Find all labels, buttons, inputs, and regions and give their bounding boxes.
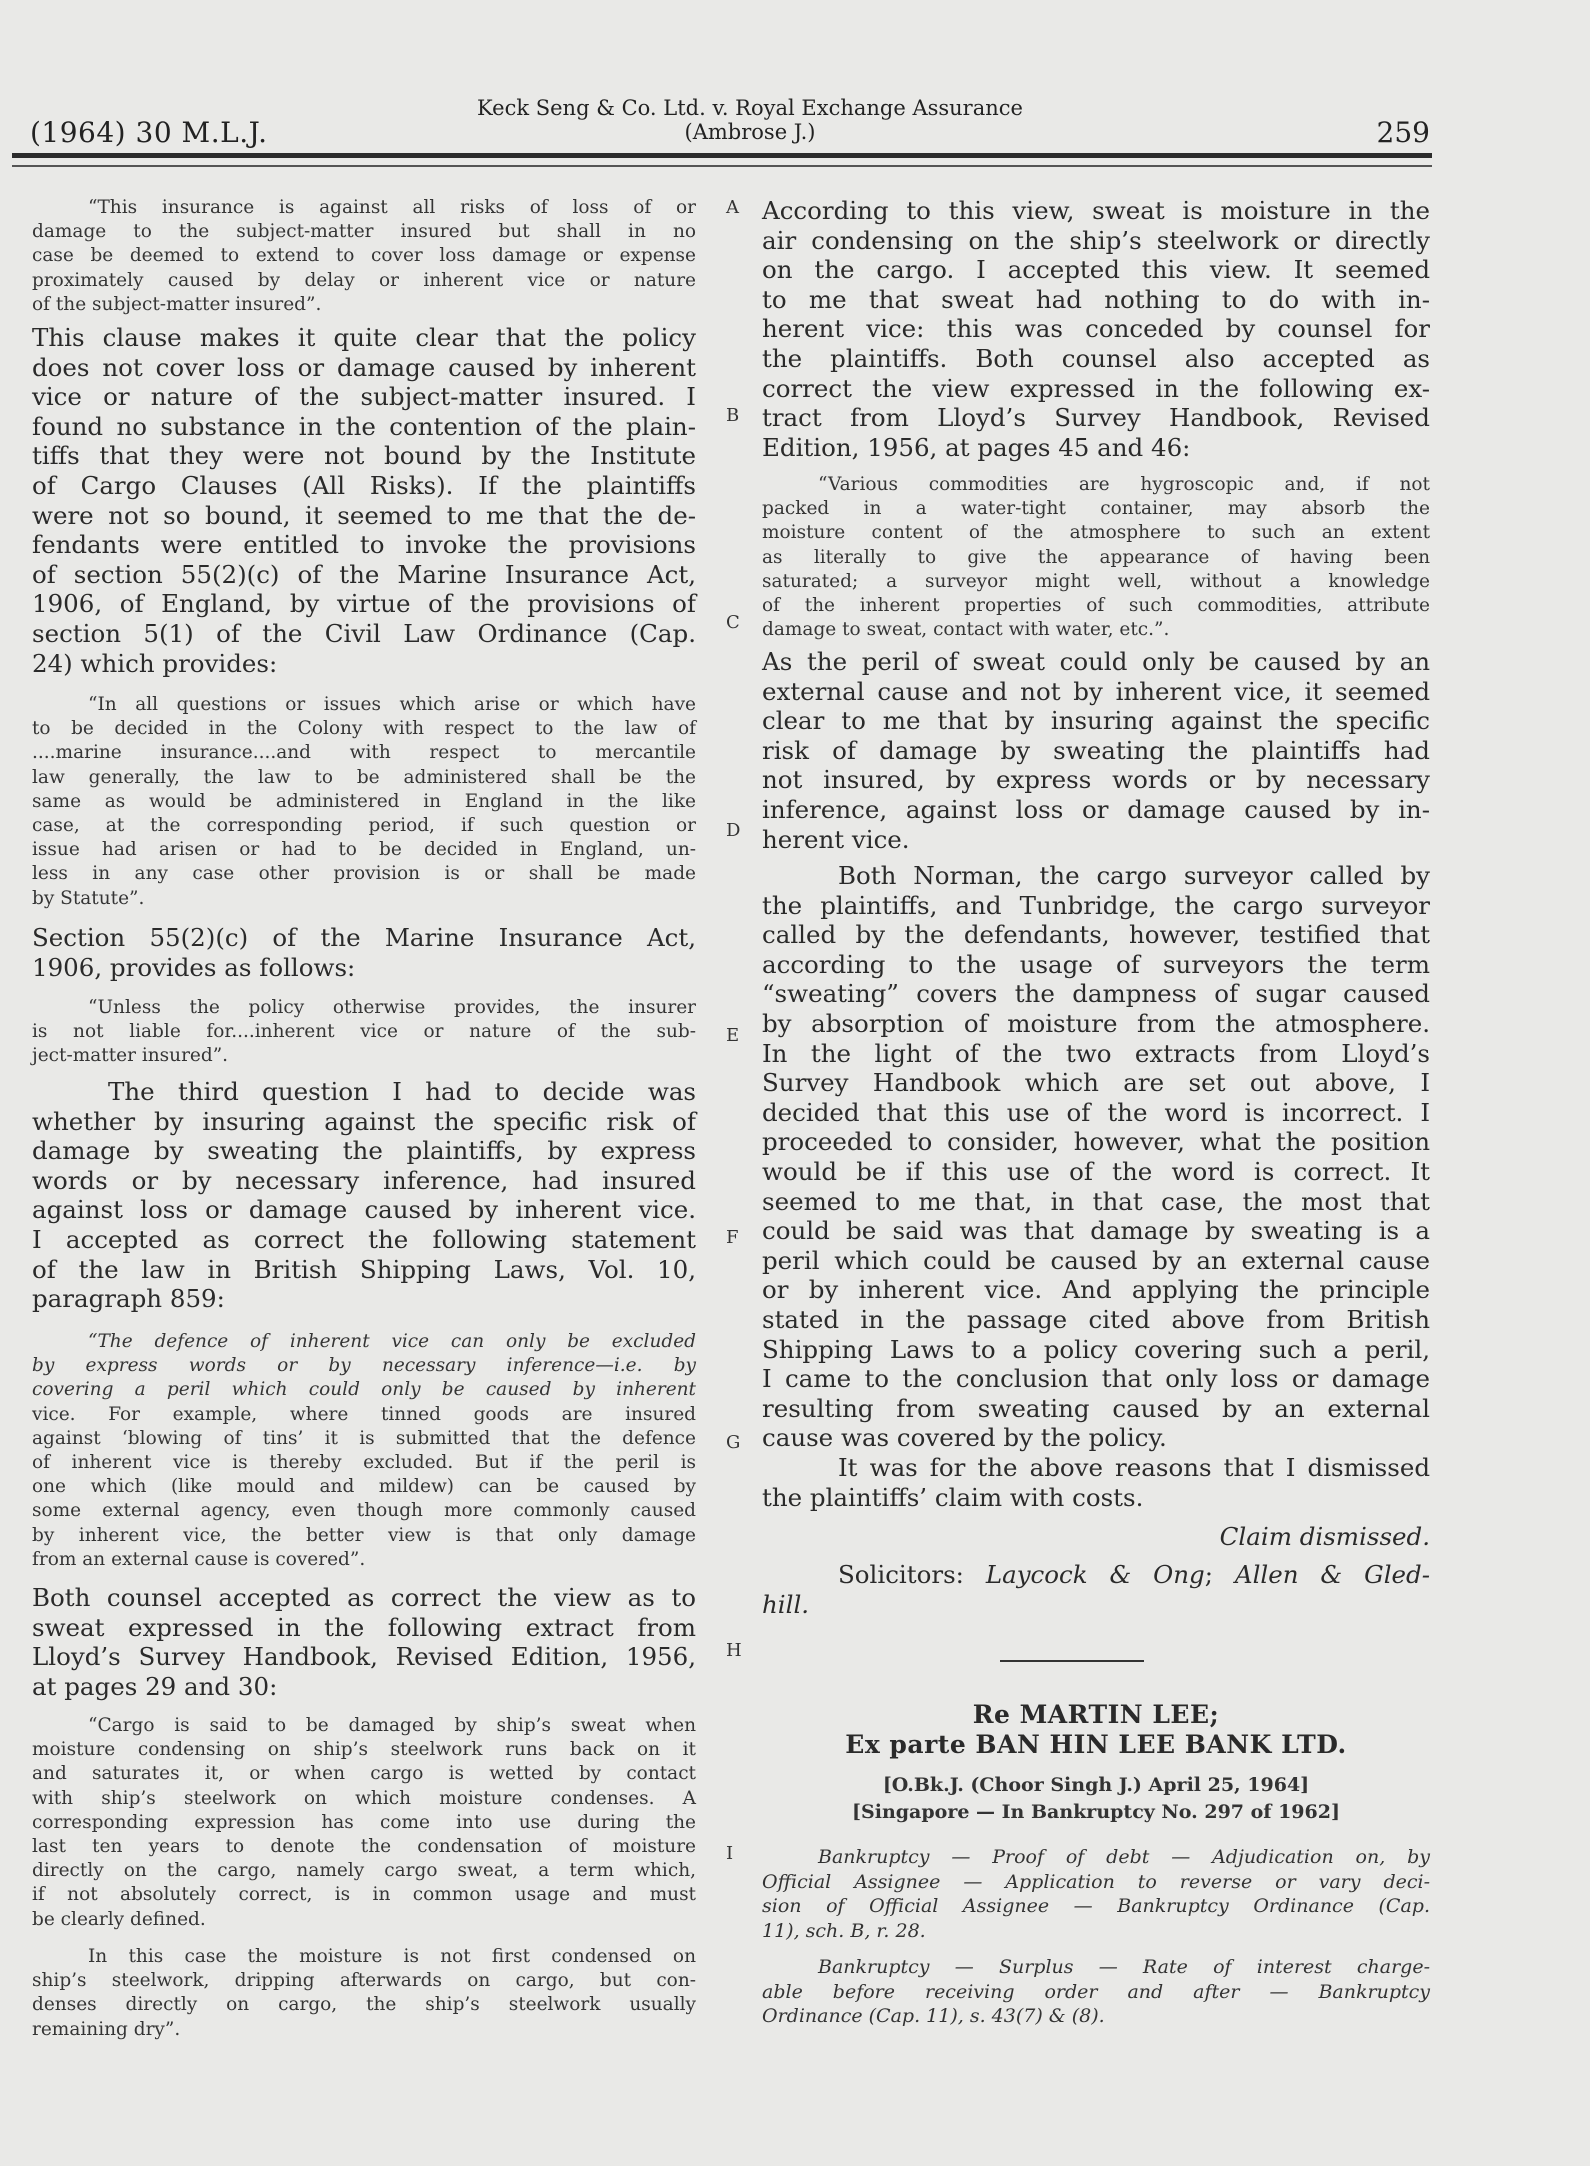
text-line: 11), sch. B, r. 28. — [762, 1919, 1430, 1944]
text-line: same as would be administered in England… — [32, 790, 696, 814]
case-title-line1: Re MARTIN LEE; — [762, 1700, 1430, 1730]
margin-letter-a: A — [726, 197, 739, 218]
margin-letter-h: H — [726, 1640, 742, 1661]
text-line: whether by insuring against the specific… — [32, 1107, 696, 1137]
text-line: herent vice. — [762, 825, 1430, 855]
text-line: of the subject-matter insured”. — [32, 293, 696, 317]
text-line: ....marine insurance....and with respect… — [32, 741, 696, 765]
case-reference: [Singapore — In Bankruptcy No. 297 of 19… — [762, 1799, 1430, 1826]
text-line: of the inherent properties of such commo… — [762, 594, 1430, 618]
text-line: would be if this use of the word is corr… — [762, 1157, 1430, 1187]
text-line: not insured, by express words or by nece… — [762, 765, 1430, 795]
text-line: 1906, provides as follows: — [32, 953, 696, 983]
margin-letter-e: E — [726, 1025, 739, 1046]
margin-letter-g: G — [726, 1432, 740, 1453]
text-line: tract from Lloyd’s Survey Handbook, Revi… — [762, 403, 1430, 433]
text-line: on the cargo. I accepted this view. It s… — [762, 255, 1430, 285]
text-line: words or by necessary inference, had ins… — [32, 1166, 696, 1196]
text-line: “Various commodities are hygroscopic and… — [762, 473, 1430, 497]
text-line: damage by sweating the plaintiffs, by ex… — [32, 1136, 696, 1166]
text-line: section 5(1) of the Civil Law Ordinance … — [32, 619, 696, 649]
text-line: Ordinance (Cap. 11), s. 43(7) & (8). — [762, 2004, 1430, 2029]
text-line: to be decided in the Colony with respect… — [32, 717, 696, 741]
text-line: 24) which provides: — [32, 649, 696, 679]
text-line: proximately caused by delay or inherent … — [32, 269, 696, 293]
text-line: of the law in British Shipping Laws, Vol… — [32, 1255, 696, 1285]
next-case-heading: Re MARTIN LEE; Ex parte BAN HIN LEE BANK… — [762, 1700, 1430, 1760]
text-line: with ship’s steelwork on which moisture … — [32, 1787, 696, 1811]
text-line: to me that sweat had nothing to do with … — [762, 285, 1430, 315]
margin-letter-i: I — [726, 1843, 733, 1864]
quote-british-shipping-laws: “The defence of inherent vice can only b… — [32, 1330, 696, 1572]
text-line: law generally, the law to be administere… — [32, 766, 696, 790]
quote-lloyds-handbook-45-46: “Various commodities are hygroscopic and… — [762, 473, 1430, 642]
text-line: could be said was that damage by sweatin… — [762, 1216, 1430, 1246]
solicitor-plaintiffs: Laycock & Ong — [986, 1560, 1205, 1589]
text-line: “sweating” covers the dampness of sugar … — [762, 979, 1430, 1009]
law-report-page: (1964) 30 M.L.J. Keck Seng & Co. Ltd. v.… — [0, 0, 1590, 2166]
text-line: 1906, of England, by virtue of the provi… — [32, 589, 696, 619]
text-line: called by the defendants, however, testi… — [762, 920, 1430, 950]
text-line: of section 55(2)(c) of the Marine Insura… — [32, 560, 696, 590]
quote-policy-clause: “This insurance is against all risks of … — [32, 196, 696, 317]
text-line: decided that this use of the word is inc… — [762, 1098, 1430, 1128]
solicitors-label: Solicitors: — [838, 1560, 964, 1589]
text-line: of inherent vice is thereby excluded. Bu… — [32, 1451, 696, 1475]
text-line: if not absolutely correct, is in common … — [32, 1883, 696, 1907]
text-line: by express words or by necessary inferen… — [32, 1354, 696, 1378]
quote-lloyds-handbook-continued: In this case the moisture is not first c… — [32, 1945, 696, 2042]
text-line: according to the usage of surveyors the … — [762, 950, 1430, 980]
text-line: damage to sweat, contact with water, etc… — [762, 618, 1430, 642]
text-line: the plaintiffs. Both counsel also accept… — [762, 344, 1430, 374]
text-line: Both Norman, the cargo surveyor called b… — [762, 861, 1430, 891]
text-line: “Cargo is said to be damaged by ship’s s… — [32, 1714, 696, 1738]
text-line: vice or nature of the subject-matter ins… — [32, 382, 696, 412]
text-line: at pages 29 and 30: — [32, 1672, 696, 1702]
case-title-line2: Ex parte BAN HIN LEE BANK LTD. — [762, 1730, 1430, 1760]
text-line: be clearly defined. — [32, 1908, 696, 1932]
text-line: or by inherent vice. And applying the pr… — [762, 1275, 1430, 1305]
text-line: does not cover loss or damage caused by … — [32, 353, 696, 383]
text-line: “Unless the policy otherwise provides, t… — [32, 996, 696, 1020]
court-and-date: [O.Bk.J. (Choor Singh J.) April 25, 1964… — [762, 1772, 1430, 1799]
paragraph-section-55: Section 55(2)(c) of the Marine Insurance… — [32, 923, 696, 982]
text-line: moisture condensing on ship’s steelwork … — [32, 1738, 696, 1762]
text-line: Official Assignee — Application to rever… — [762, 1870, 1430, 1895]
text-line: In the light of the two extracts from Ll… — [762, 1039, 1430, 1069]
solicitor-defendants: Allen & Gled- — [1235, 1560, 1430, 1589]
paragraph-peril-of-sweat: As the peril of sweat could only be caus… — [762, 647, 1430, 854]
paragraph-both-counsel: Both counsel accepted as correct the vie… — [32, 1583, 696, 1701]
text-line: vice. For example, where tinned goods ar… — [32, 1403, 696, 1427]
text-line: peril which could be caused by an extern… — [762, 1246, 1430, 1276]
paragraph-clause-analysis: This clause makes it quite clear that th… — [32, 323, 696, 678]
text-line: Bankruptcy — Proof of debt — Adjudicatio… — [762, 1845, 1430, 1870]
text-line: by absorption of moisture from the atmos… — [762, 1009, 1430, 1039]
text-line: were not so bound, it seemed to me that … — [32, 501, 696, 531]
text-line: cause was covered by the policy. — [762, 1423, 1430, 1453]
text-line: covering a peril which could only be cau… — [32, 1378, 696, 1402]
quote-lloyds-handbook-29-30: “Cargo is said to be damaged by ship’s s… — [32, 1714, 696, 1932]
text-line: less in any case other provision is or s… — [32, 862, 696, 886]
text-line: paragraph 859: — [32, 1284, 696, 1314]
text-line: corresponding expression has come into u… — [32, 1811, 696, 1835]
text-line: correct the view expressed in the follow… — [762, 374, 1430, 404]
quote-civil-law-ordinance: “In all questions or issues which arise … — [32, 693, 696, 911]
text-line: against loss or damage caused by inheren… — [32, 1195, 696, 1225]
text-line: the plaintiffs, and Tunbridge, the cargo… — [762, 891, 1430, 921]
solicitors-line: Solicitors: Laycock & Ong; Allen & Gled- — [762, 1560, 1430, 1590]
text-line: against ‘blowing of tins’ it is submitte… — [32, 1427, 696, 1451]
text-line: moisture content of the atmosphere to su… — [762, 521, 1430, 545]
solicitors: Solicitors: Laycock & Ong; Allen & Gled-… — [762, 1560, 1430, 1619]
paragraph-surveyors-testimony: Both Norman, the cargo surveyor called b… — [762, 861, 1430, 1453]
result-text: Claim dismissed. — [762, 1522, 1430, 1552]
quote-insurer-not-liable: “Unless the policy otherwise provides, t… — [32, 996, 696, 1069]
text-line: “In all questions or issues which arise … — [32, 693, 696, 717]
text-line: risk of damage by sweating the plaintiff… — [762, 736, 1430, 766]
text-line: one which (like mould and mildew) can be… — [32, 1475, 696, 1499]
text-line: According to this view, sweat is moistur… — [762, 196, 1430, 226]
text-line: case, at the corresponding period, if su… — [32, 814, 696, 838]
text-line: and saturates it, or when cargo is wette… — [32, 1762, 696, 1786]
text-line: This clause makes it quite clear that th… — [32, 323, 696, 353]
text-line: Section 55(2)(c) of the Marine Insurance… — [32, 923, 696, 953]
text-line: some external agency, even though more c… — [32, 1499, 696, 1523]
paragraph-sweat-view: According to this view, sweat is moistur… — [762, 196, 1430, 462]
text-line: Lloyd’s Survey Handbook, Revised Edition… — [32, 1642, 696, 1672]
text-line: clear to me that by insuring against the… — [762, 706, 1430, 736]
left-column: “This insurance is against all risks of … — [32, 0, 696, 2166]
text-line: tiffs that they were not bound by the In… — [32, 441, 696, 471]
text-line: saturated; a surveyor might well, withou… — [762, 570, 1430, 594]
right-column: According to this view, sweat is moistur… — [762, 0, 1430, 2166]
text-line: I came to the conclusion that only loss … — [762, 1364, 1430, 1394]
text-line: ject-matter insured”. — [32, 1044, 696, 1068]
text-line: by Statute”. — [32, 887, 696, 911]
solicitor-defendants-cont: hill. — [762, 1590, 1430, 1620]
margin-letter-d: D — [726, 820, 740, 841]
text-line: proceeded to consider, however, what the… — [762, 1127, 1430, 1157]
text-line: Bankruptcy — Surplus — Rate of interest … — [762, 1955, 1430, 1980]
text-line: directly on the cargo, namely cargo swea… — [32, 1859, 696, 1883]
catchwords-2: Bankruptcy — Surplus — Rate of interest … — [762, 1955, 1430, 2029]
text-line: ship’s steelwork, dripping afterwards on… — [32, 1969, 696, 1993]
text-line: is not liable for....inherent vice or na… — [32, 1020, 696, 1044]
text-line: The third question I had to decide was — [32, 1077, 696, 1107]
text-line: As the peril of sweat could only be caus… — [762, 647, 1430, 677]
text-line: I accepted as correct the following stat… — [32, 1225, 696, 1255]
text-line: issue had arisen or had to be decided in… — [32, 838, 696, 862]
margin-letter-f: F — [726, 1227, 739, 1248]
text-line: Both counsel accepted as correct the vie… — [32, 1583, 696, 1613]
margin-letter-b: B — [726, 405, 739, 426]
paragraph-third-question: The third question I had to decide was w… — [32, 1077, 696, 1314]
text-line: seemed to me that, in that case, the mos… — [762, 1187, 1430, 1217]
text-line: sweat expressed in the following extract… — [32, 1613, 696, 1643]
text-line: case be deemed to extend to cover loss d… — [32, 244, 696, 268]
text-line: able before receiving order and after — … — [762, 1980, 1430, 2005]
text-line: “The defence of inherent vice can only b… — [32, 1330, 696, 1354]
next-case-meta: [O.Bk.J. (Choor Singh J.) April 25, 1964… — [762, 1772, 1430, 1826]
text-line: stated in the passage cited above from B… — [762, 1305, 1430, 1335]
text-line: Edition, 1956, at pages 45 and 46: — [762, 433, 1430, 463]
text-line: herent vice: this was conceded by counse… — [762, 314, 1430, 344]
catchwords-1: Bankruptcy — Proof of debt — Adjudicatio… — [762, 1845, 1430, 1943]
text-line: damage to the subject-matter insured but… — [32, 220, 696, 244]
text-line: resulting from sweating caused by an ext… — [762, 1394, 1430, 1424]
text-line: from an external cause is covered”. — [32, 1548, 696, 1572]
text-line: external cause and not by inherent vice,… — [762, 677, 1430, 707]
paragraph-dismissal-reasons: It was for the above reasons that I dism… — [762, 1453, 1430, 1512]
case-separator-rule — [1000, 1660, 1144, 1662]
text-line: Shipping Laws to a policy covering such … — [762, 1335, 1430, 1365]
text-line: by inherent vice, the better view is tha… — [32, 1524, 696, 1548]
text-line: as literally to give the appearance of h… — [762, 546, 1430, 570]
text-line: last ten years to denote the condensatio… — [32, 1835, 696, 1859]
result-line: Claim dismissed. — [762, 1522, 1430, 1552]
text-line: fendants were entitled to invoke the pro… — [32, 530, 696, 560]
text-line: remaining dry”. — [32, 2018, 696, 2042]
text-line: air condensing on the ship’s steelwork o… — [762, 226, 1430, 256]
text-line: “This insurance is against all risks of … — [32, 196, 696, 220]
text-line: of Cargo Clauses (All Risks). If the pla… — [32, 471, 696, 501]
margin-letter-c: C — [726, 612, 740, 633]
text-line: It was for the above reasons that I dism… — [762, 1453, 1430, 1483]
text-line: denses directly on cargo, the ship’s ste… — [32, 1993, 696, 2017]
solicitors-separator: ; — [1205, 1560, 1213, 1589]
text-line: packed in a water-tight container, may a… — [762, 497, 1430, 521]
text-line: inference, against loss or damage caused… — [762, 795, 1430, 825]
text-line: Survey Handbook which are set out above,… — [762, 1068, 1430, 1098]
text-line: sion of Official Assignee — Bankruptcy O… — [762, 1894, 1430, 1919]
text-line: found no substance in the contention of … — [32, 412, 696, 442]
text-line: In this case the moisture is not first c… — [32, 1945, 696, 1969]
text-line: the plaintiffs’ claim with costs. — [762, 1483, 1430, 1513]
